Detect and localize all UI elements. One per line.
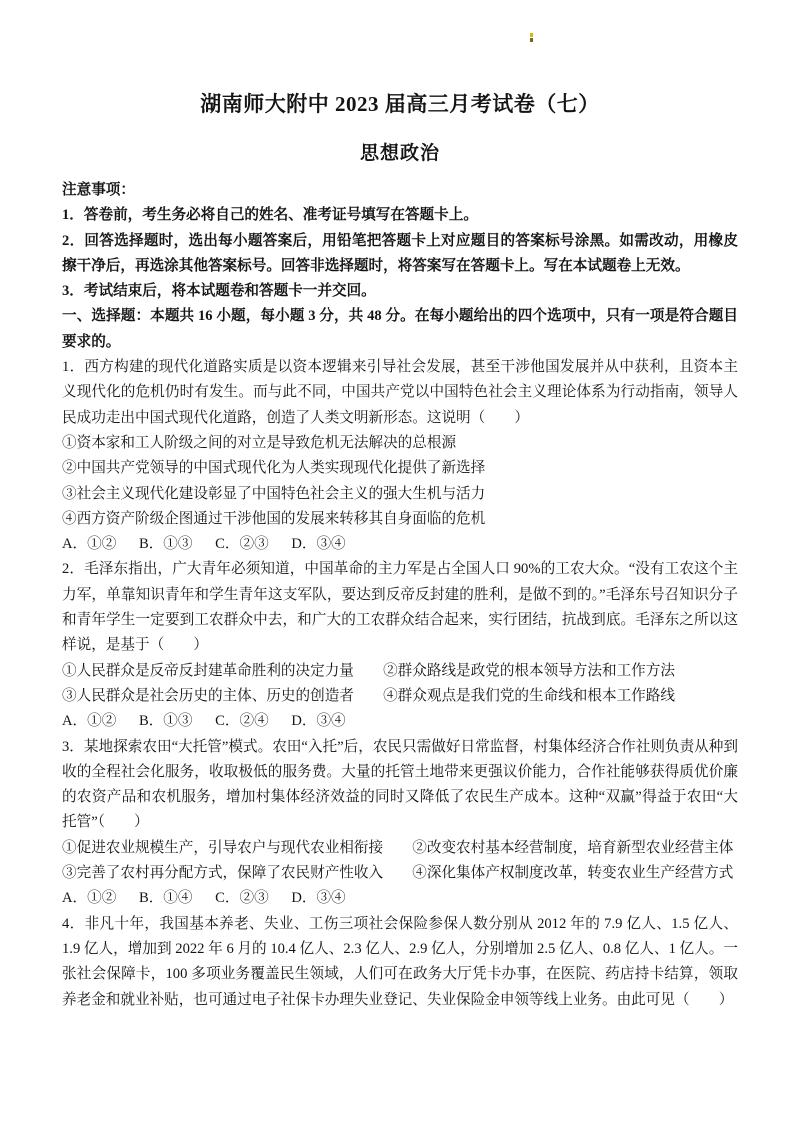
notice-item-3: 3．考试结束后，将本试题卷和答题卡一并交回。 <box>62 279 738 304</box>
question-2-statement-line-2: ③人民群众是社会历史的主体、历史的创造者 ④群众观点是我们党的生命线和根本工作路… <box>62 684 738 709</box>
question-2: 2．毛泽东指出，广大青年必须知道，中国革命的主力军是占全国人口 90%的工农大众… <box>62 557 738 734</box>
question-2-option-c: C．②④ <box>215 709 269 734</box>
question-1-option-d: D．③④ <box>291 532 345 557</box>
question-2-option-d: D．③④ <box>291 709 345 734</box>
question-2-option-a: A．①② <box>62 709 116 734</box>
question-2-option-b: B．①③ <box>139 709 193 734</box>
exam-paper-page: 湖南师大附中 2023 届高三月考试卷（七） 思想政治 注意事项： 1．答卷前，… <box>0 0 793 1122</box>
question-1-statement-line-3: ③社会主义现代化建设彰显了中国特色社会主义的强大生机与活力 <box>62 482 738 507</box>
question-1-statement-line-4: ④西方资产阶级企图通过干涉他国的发展来转移其自身面临的危机 <box>62 507 738 532</box>
question-1-stem: 1．西方构建的现代化道路实质是以资本逻辑来引导社会发展，甚至干涉他国发展并从中获… <box>62 355 738 431</box>
question-3-option-a: A．①② <box>62 886 116 911</box>
question-3-options: A．①② B．①④ C．②③ D．③④ <box>62 886 738 911</box>
question-1-option-c: C．②③ <box>215 532 269 557</box>
exam-body: 注意事项： 1．答卷前，考生务必将自己的姓名、准考证号填写在答题卡上。 2．回答… <box>62 178 738 1013</box>
page-content: 湖南师大附中 2023 届高三月考试卷（七） 思想政治 注意事项： 1．答卷前，… <box>62 0 738 1013</box>
question-1-option-b: B．①③ <box>139 532 193 557</box>
question-3-stem: 3．某地探索农田“大托管”模式。农田“入托”后，农民只需做好日常监督，村集体经济… <box>62 735 738 836</box>
exam-subject: 思想政治 <box>62 138 738 165</box>
question-3: 3．某地探索农田“大托管”模式。农田“入托”后，农民只需做好日常监督，村集体经济… <box>62 735 738 912</box>
question-3-option-d: D．③④ <box>291 886 345 911</box>
question-4: 4．非凡十年，我国基本养老、失业、工伤三项社会保险参保人数分别从 2012 年的… <box>62 912 738 1013</box>
notice-block: 注意事项： 1．答卷前，考生务必将自己的姓名、准考证号填写在答题卡上。 2．回答… <box>62 178 738 304</box>
question-3-statement-line-1: ①促进农业规模生产，引导农户与现代农业相衔接 ②改变农村基本经营制度，培育新型农… <box>62 836 738 861</box>
question-1-option-a: A．①② <box>62 532 116 557</box>
notice-heading: 注意事项： <box>62 178 738 203</box>
question-1-statement-line-2: ②中国共产党领导的中国式现代化为人类实现现代化提供了新选择 <box>62 456 738 481</box>
question-1: 1．西方构建的现代化道路实质是以资本逻辑来引导社会发展，甚至干涉他国发展并从中获… <box>62 355 738 557</box>
question-2-options: A．①② B．①③ C．②④ D．③④ <box>62 709 738 734</box>
section-one-heading: 一、选择题：本题共 16 小题，每小题 3 分，共 48 分。在每小题给出的四个… <box>62 304 738 355</box>
question-1-statement-line-1: ①资本家和工人阶级之间的对立是导致危机无法解决的总根源 <box>62 431 738 456</box>
question-3-option-c: C．②③ <box>215 886 269 911</box>
question-3-option-b: B．①④ <box>139 886 193 911</box>
notice-item-1: 1．答卷前，考生务必将自己的姓名、准考证号填写在答题卡上。 <box>62 203 738 228</box>
question-3-statement-line-2: ③完善了农村再分配方式，保障了农民财产性收入 ④深化集体产权制度改革，转变农业生… <box>62 861 738 886</box>
exam-title: 湖南师大附中 2023 届高三月考试卷（七） <box>62 88 738 118</box>
question-2-statement-line-1: ①人民群众是反帝反封建革命胜利的决定力量 ②群众路线是政党的根本领导方法和工作方… <box>62 659 738 684</box>
question-2-stem: 2．毛泽东指出，广大青年必须知道，中国革命的主力军是占全国人口 90%的工农大众… <box>62 557 738 658</box>
notice-item-2: 2．回答选择题时，选出每小题答案后，用铅笔把答题卡上对应题目的答案标号涂黑。如需… <box>62 229 738 280</box>
question-1-options: A．①② B．①③ C．②③ D．③④ <box>62 532 738 557</box>
question-4-stem: 4．非凡十年，我国基本养老、失业、工伤三项社会保险参保人数分别从 2012 年的… <box>62 912 738 1013</box>
